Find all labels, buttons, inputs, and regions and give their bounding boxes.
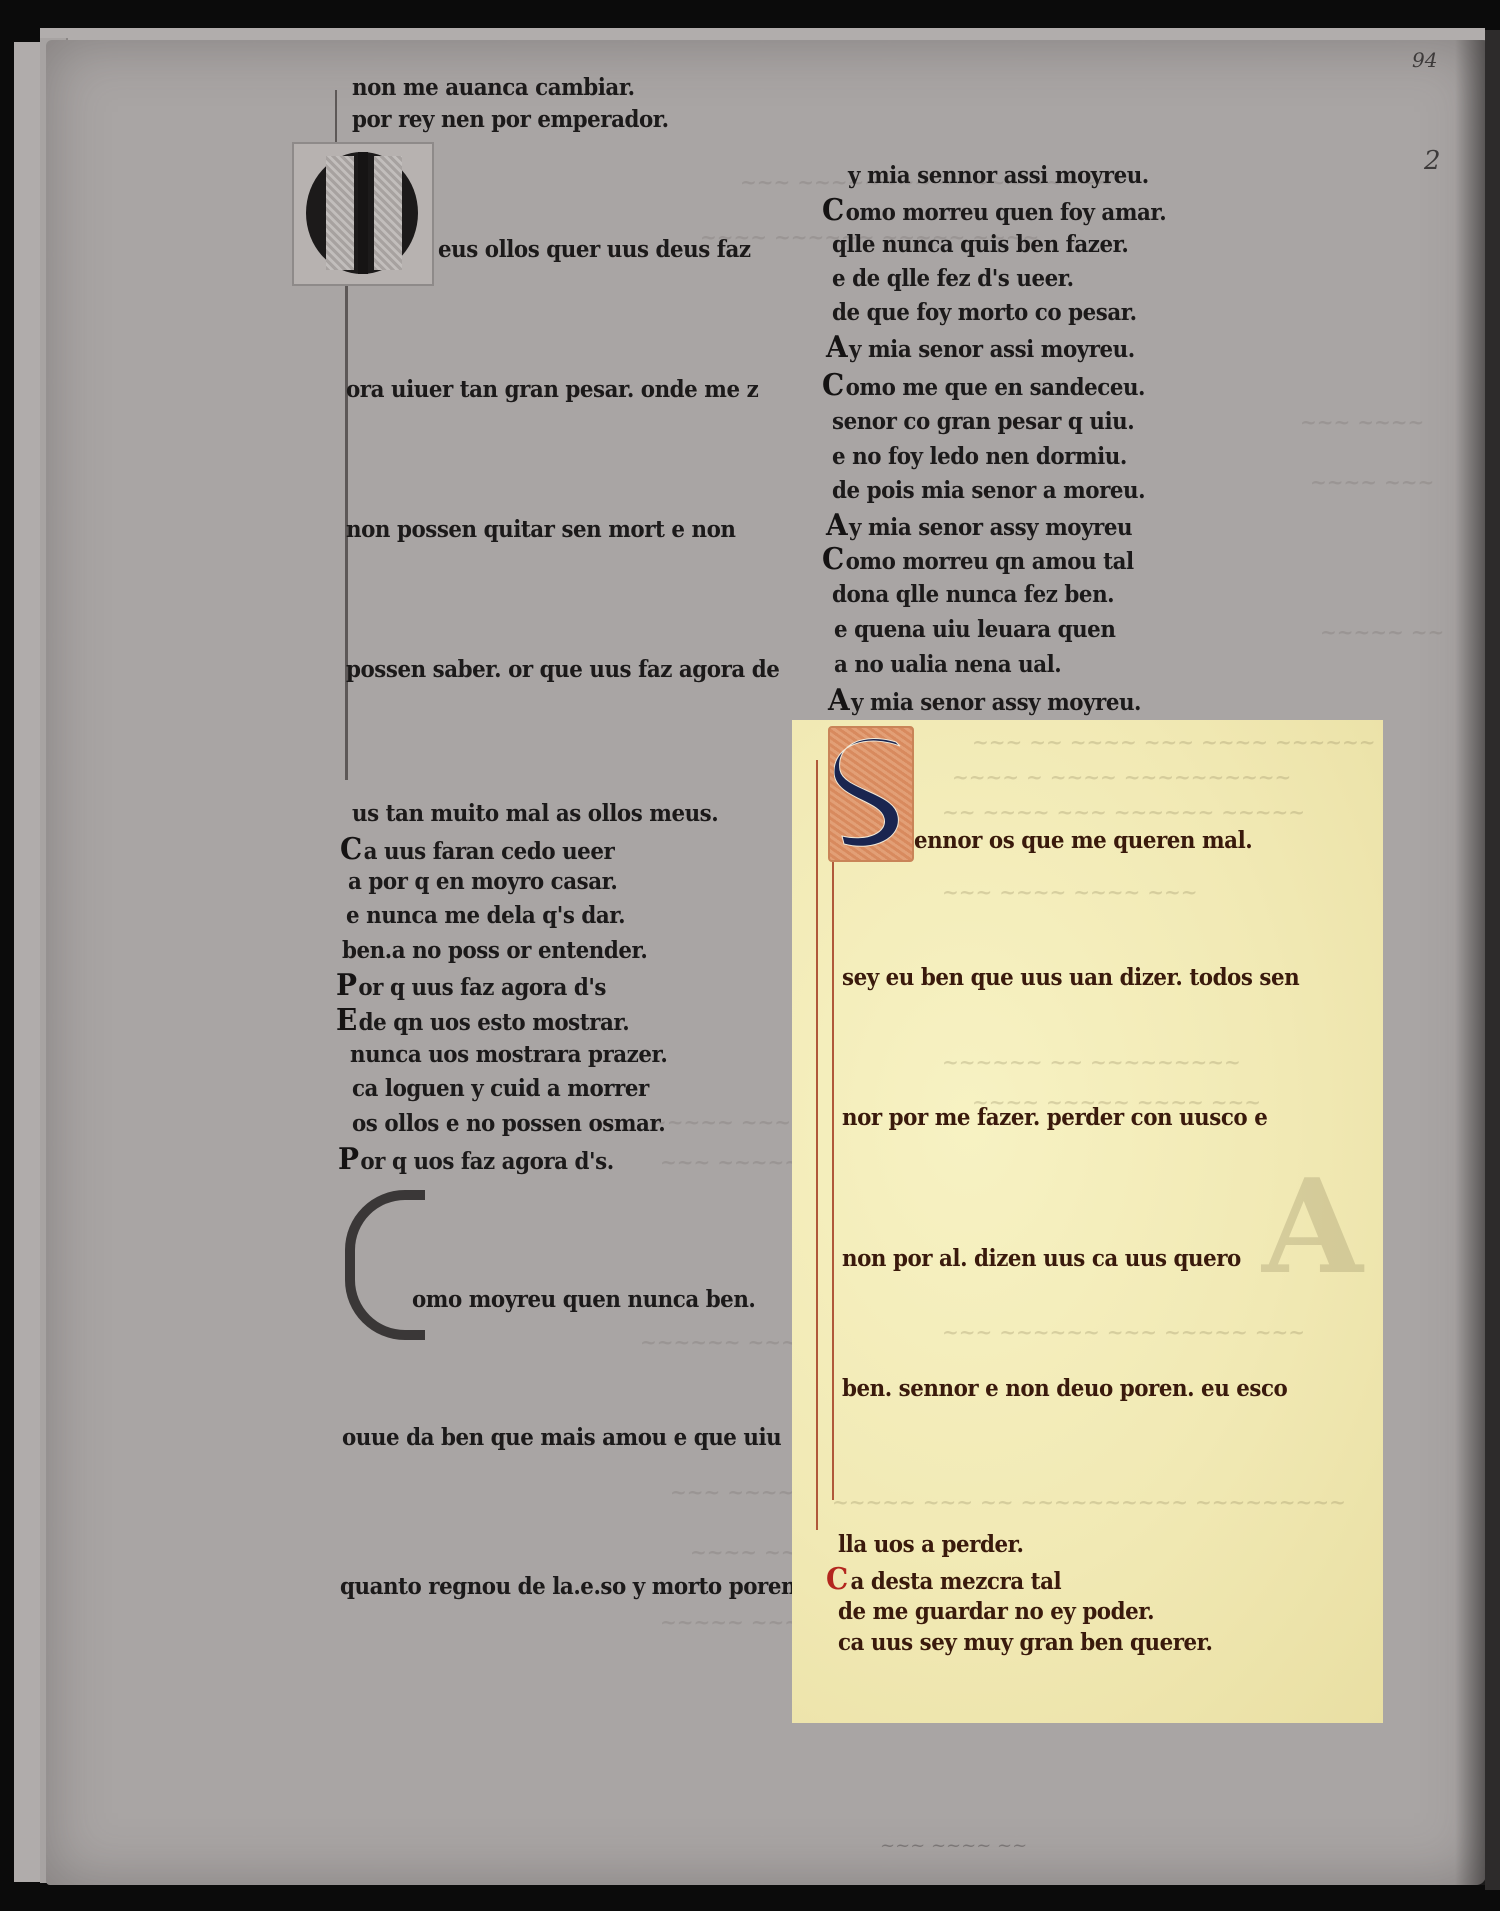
gutter-shadow [1455,40,1485,1885]
bleed-through-initial: A [1262,1150,1363,1303]
initial-m-flourish [335,90,337,150]
left-line-9: a por q en moyro casar. [348,868,617,895]
right-line-15: a no ualia nena ual. [834,651,1061,678]
bleed-through-text: ~~~ ~~~~ ~~~~ ~~~ [942,880,1198,904]
initial-m-band-right [374,156,402,270]
book-right-edge [1485,30,1500,1890]
left-line-17: Por q uos faz agora d's. [338,1142,614,1177]
right-line-4: e de qlle fez d's ueer. [832,265,1074,292]
bleed-through-text: ~~~ ~~~~~~ ~~~ ~~~~~ ~~~ [942,1320,1305,1344]
initial-s-stem [832,860,834,1500]
left-line-16: os ollos e no possen osmar. [352,1110,665,1137]
right-line-10: de pois mia senor a moreu. [832,477,1145,504]
left-line-20: quanto regnou de la.e.so y morto poren. [340,1573,803,1600]
left-line-2: por rey nen por emperador. [352,106,669,133]
rubric-initial: C [822,193,844,228]
highlight-line-2: sey eu ben que uus uan dizer. todos sen [842,964,1299,991]
highlight-line-9: ca uus sey muy gran ben querer. [838,1629,1212,1656]
left-line-15: ca loguen y cuid a morrer [352,1075,649,1102]
right-line-2: Como morreu quen foy amar. [822,193,1166,228]
bleed-through-text: ~~~ ~~~~ [1300,410,1424,434]
rubric-initial: C [822,368,844,403]
left-line-3: eus ollos quer uus deus faz [438,236,751,263]
left-line-11: ben.a no poss or entender. [342,937,647,964]
left-line-13: Ede qn uos esto mostrar. [336,1003,629,1038]
left-line-1: non me auanca cambiar. [352,74,635,101]
right-line-3: qlle nunca quis ben fazer. [832,231,1128,258]
left-line-6: possen saber. or que uus faz agora de [346,656,779,683]
highlight-line-4: non por al. dizen uus ca uus quero [842,1245,1241,1272]
right-line-6: Ay mia senor assi moyreu. [826,330,1135,365]
bleed-through-text: ~~~~~~ ~~ ~~~~~~~~~ [942,1050,1241,1074]
right-line-7: Como me que en sandeceu. [822,368,1145,403]
right-line-5: de que foy morto co pesar. [832,299,1137,326]
left-line-5: non possen quitar sen mort e non [346,516,736,543]
right-line-11: Ay mia senor assy moyreu [826,508,1132,543]
right-line-16: Ay mia senor assy moyreu. [828,683,1141,718]
highlight-line-6: lla uos a perder. [838,1531,1023,1558]
bleed-through-text: ~~ ~~~~ ~~~ ~~~~~~ ~~~~~ [942,800,1305,824]
bleed-through-text: ~~~~ ~~~ [1310,470,1434,494]
rubric-initial: C [340,832,362,867]
highlight-line-5: ben. sennor e non deuo poren. eu esco [842,1375,1287,1402]
left-line-4: ora uiuer tan gran pesar. onde me z [346,376,758,403]
right-line-13: dona qlle nunca fez ben. [832,581,1114,608]
left-line-10: e nunca me dela q's dar. [346,902,625,929]
right-line-12: Como morreu qn amou tal [822,542,1134,577]
left-line-7: us tan muito mal as ollos meus. [352,800,718,827]
left-line-8: Ca uus faran cedo ueer [340,832,614,867]
initial-s-vine [816,760,818,1530]
highlight-line-1: ennor os que me queren mal. [914,827,1252,854]
rubric-initial: A [826,508,847,543]
bleed-through-text: ~~~~ ~ ~~~~ ~~~~~~~~~~ [952,765,1291,789]
right-line-14: e quena uiu leuara quen [834,616,1115,643]
rubric-initial: C [822,542,844,577]
right-line-9: e no foy ledo nen dormiu. [832,443,1127,470]
right-line-1: y mia sennor assi moyreu. [848,162,1149,189]
rubric-initial: P [336,968,357,1003]
left-line-19: ouue da ben que mais amou e que uiu [342,1424,781,1451]
left-line-18: omo moyreu quen nunca ben. [412,1286,755,1313]
left-line-12: Por q uus faz agora d's [336,968,606,1003]
initial-m-band-left [326,156,354,270]
highlight-line-8: de me guardar no ey poder. [838,1598,1154,1625]
bleed-through-text: ~~~~~ ~~~ ~~ ~~~~~~~~~~ ~~~~~~~~~ [832,1490,1346,1514]
highlight-line-7: Ca desta mezcra tal [826,1562,1061,1597]
illuminated-initial-m [292,142,434,286]
gathering-mark: 2 [1424,146,1441,176]
initial-s-glyph [834,734,906,854]
bleed-through-text: ~~~ ~~ ~~~~ ~~~ ~~~~ ~~~~~~ [972,730,1376,754]
rubric-initial: E [336,1003,357,1038]
illuminated-initial-s [828,726,914,862]
left-line-14: nunca uos mostrara prazer. [350,1041,667,1068]
bottom-pencil-note: ~~~ ~~~~ ~~ [880,1835,1027,1856]
bleed-through-text: ~~~~~ ~~ [1320,620,1444,644]
rubric-initial: A [826,330,847,365]
right-line-8: senor co gran pesar q uiu. [832,408,1134,435]
red-rubric-initial: C [826,1562,848,1597]
highlight-line-3: nor por me fazer. perder con uusco e [842,1104,1267,1131]
rubric-initial: A [828,683,849,718]
initial-m-center-bar [358,152,368,274]
rubric-initial: P [338,1142,359,1177]
folio-number: 94 [1412,48,1437,72]
